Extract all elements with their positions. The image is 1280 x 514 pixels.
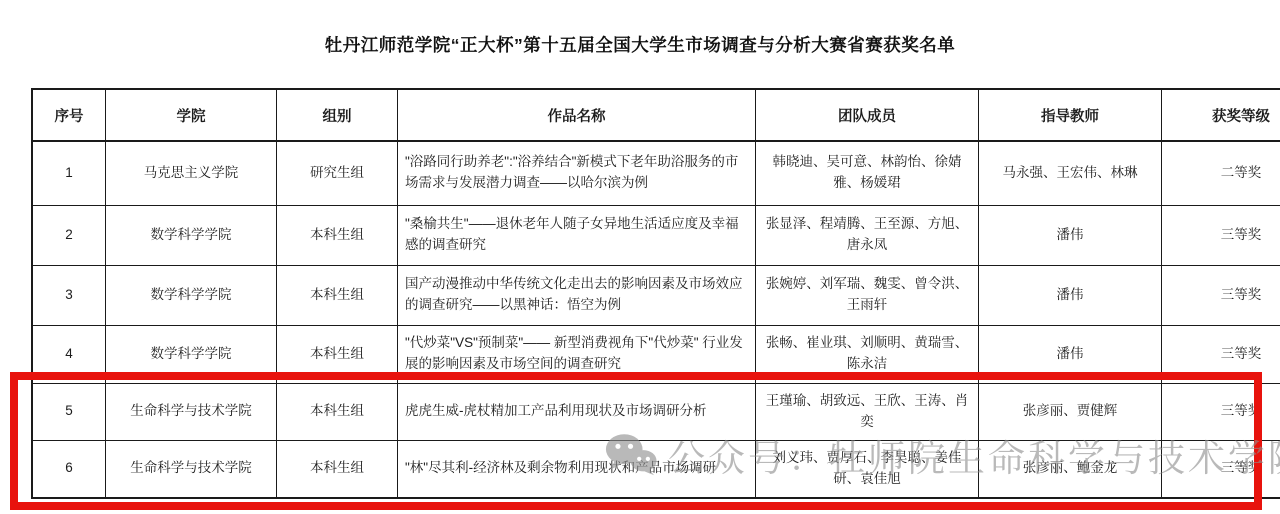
column-header: 序号 bbox=[32, 89, 106, 141]
column-header: 指导教师 bbox=[979, 89, 1162, 141]
column-header: 学院 bbox=[106, 89, 277, 141]
awards-table: 序号学院组别作品名称团队成员指导教师获奖等级 1马克思主义学院研究生组"浴路同行… bbox=[31, 88, 1280, 499]
table-cell: 马永强、王宏伟、林琳 bbox=[979, 141, 1162, 205]
table-cell: 本科生组 bbox=[277, 205, 398, 265]
table-row: 3数学科学学院本科生组国产动漫推动中华传统文化走出去的影响因素及市场效应的调查研… bbox=[32, 265, 1280, 325]
table-cell: 国产动漫推动中华传统文化走出去的影响因素及市场效应的调查研究——以黑神话：悟空为… bbox=[398, 265, 756, 325]
table-cell: 张彦丽、贾健辉 bbox=[979, 383, 1162, 440]
column-header: 团队成员 bbox=[756, 89, 979, 141]
column-header: 获奖等级 bbox=[1162, 89, 1280, 141]
table-cell: 三等奖 bbox=[1162, 440, 1280, 498]
table-cell: 潘伟 bbox=[979, 265, 1162, 325]
table-cell: 韩晓迪、吴可意、林韵怡、徐婧雅、杨媛珺 bbox=[756, 141, 979, 205]
table-cell: 三等奖 bbox=[1162, 205, 1280, 265]
table-body: 1马克思主义学院研究生组"浴路同行助养老":"浴养结合"新模式下老年助浴服务的市… bbox=[32, 141, 1280, 498]
table-cell: 1 bbox=[32, 141, 106, 205]
table-cell: 数学科学学院 bbox=[106, 205, 277, 265]
table-cell: 三等奖 bbox=[1162, 383, 1280, 440]
table-row: 5生命科学与技术学院本科生组虎虎生威-虎杖精加工产品利用现状及市场调研分析王瑾瑜… bbox=[32, 383, 1280, 440]
column-header: 作品名称 bbox=[398, 89, 756, 141]
table-row: 2数学科学学院本科生组"桑榆共生"——退休老年人随子女异地生活适应度及幸福感的调… bbox=[32, 205, 1280, 265]
table-cell: 马克思主义学院 bbox=[106, 141, 277, 205]
table-cell: 2 bbox=[32, 205, 106, 265]
table-row: 1马克思主义学院研究生组"浴路同行助养老":"浴养结合"新模式下老年助浴服务的市… bbox=[32, 141, 1280, 205]
table-cell: 张畅、崔业琪、刘顺明、黄瑞雪、陈永洁 bbox=[756, 325, 979, 383]
table-cell: 三等奖 bbox=[1162, 325, 1280, 383]
page-title: 牡丹江师范学院“正大杯”第十五届全国大学生市场调查与分析大赛省赛获奖名单 bbox=[0, 32, 1280, 57]
table-cell: 张彦丽、鲍金龙 bbox=[979, 440, 1162, 498]
table-cell: 本科生组 bbox=[277, 265, 398, 325]
table-cell: 数学科学学院 bbox=[106, 325, 277, 383]
table-cell: "林"尽其利-经济林及剩余物利用现状和产品市场调研 bbox=[398, 440, 756, 498]
table-row: 4数学科学学院本科生组"代炒菜"VS"预制菜"—— 新型消费视角下"代炒菜" 行… bbox=[32, 325, 1280, 383]
table-cell: 刘义玮、贾厚石、李昊聪、姜佳研、袁佳旭 bbox=[756, 440, 979, 498]
table-cell: 本科生组 bbox=[277, 383, 398, 440]
table-cell: 5 bbox=[32, 383, 106, 440]
table-cell: 生命科学与技术学院 bbox=[106, 383, 277, 440]
table-cell: 4 bbox=[32, 325, 106, 383]
table-cell: 研究生组 bbox=[277, 141, 398, 205]
table-cell: 张婉婷、刘军瑞、魏雯、曾令洪、王雨轩 bbox=[756, 265, 979, 325]
table-cell: 潘伟 bbox=[979, 205, 1162, 265]
table-cell: "代炒菜"VS"预制菜"—— 新型消费视角下"代炒菜" 行业发展的影响因素及市场… bbox=[398, 325, 756, 383]
table-header-row: 序号学院组别作品名称团队成员指导教师获奖等级 bbox=[32, 89, 1280, 141]
table-cell: 3 bbox=[32, 265, 106, 325]
table-cell: "桑榆共生"——退休老年人随子女异地生活适应度及幸福感的调查研究 bbox=[398, 205, 756, 265]
table-cell: 6 bbox=[32, 440, 106, 498]
table-cell: 三等奖 bbox=[1162, 265, 1280, 325]
table-cell: "浴路同行助养老":"浴养结合"新模式下老年助浴服务的市场需求与发展潜力调查——… bbox=[398, 141, 756, 205]
table-cell: 潘伟 bbox=[979, 325, 1162, 383]
table-cell: 本科生组 bbox=[277, 440, 398, 498]
table-cell: 张显泽、程靖腾、王至源、方旭、唐永凤 bbox=[756, 205, 979, 265]
table-cell: 虎虎生威-虎杖精加工产品利用现状及市场调研分析 bbox=[398, 383, 756, 440]
table-cell: 二等奖 bbox=[1162, 141, 1280, 205]
table-cell: 本科生组 bbox=[277, 325, 398, 383]
column-header: 组别 bbox=[277, 89, 398, 141]
page: 牡丹江师范学院“正大杯”第十五届全国大学生市场调查与分析大赛省赛获奖名单 序号学… bbox=[0, 0, 1280, 514]
table-row: 6生命科学与技术学院本科生组"林"尽其利-经济林及剩余物利用现状和产品市场调研刘… bbox=[32, 440, 1280, 498]
table-cell: 生命科学与技术学院 bbox=[106, 440, 277, 498]
table-cell: 王瑾瑜、胡致远、王欣、王涛、肖奕 bbox=[756, 383, 979, 440]
table-cell: 数学科学学院 bbox=[106, 265, 277, 325]
